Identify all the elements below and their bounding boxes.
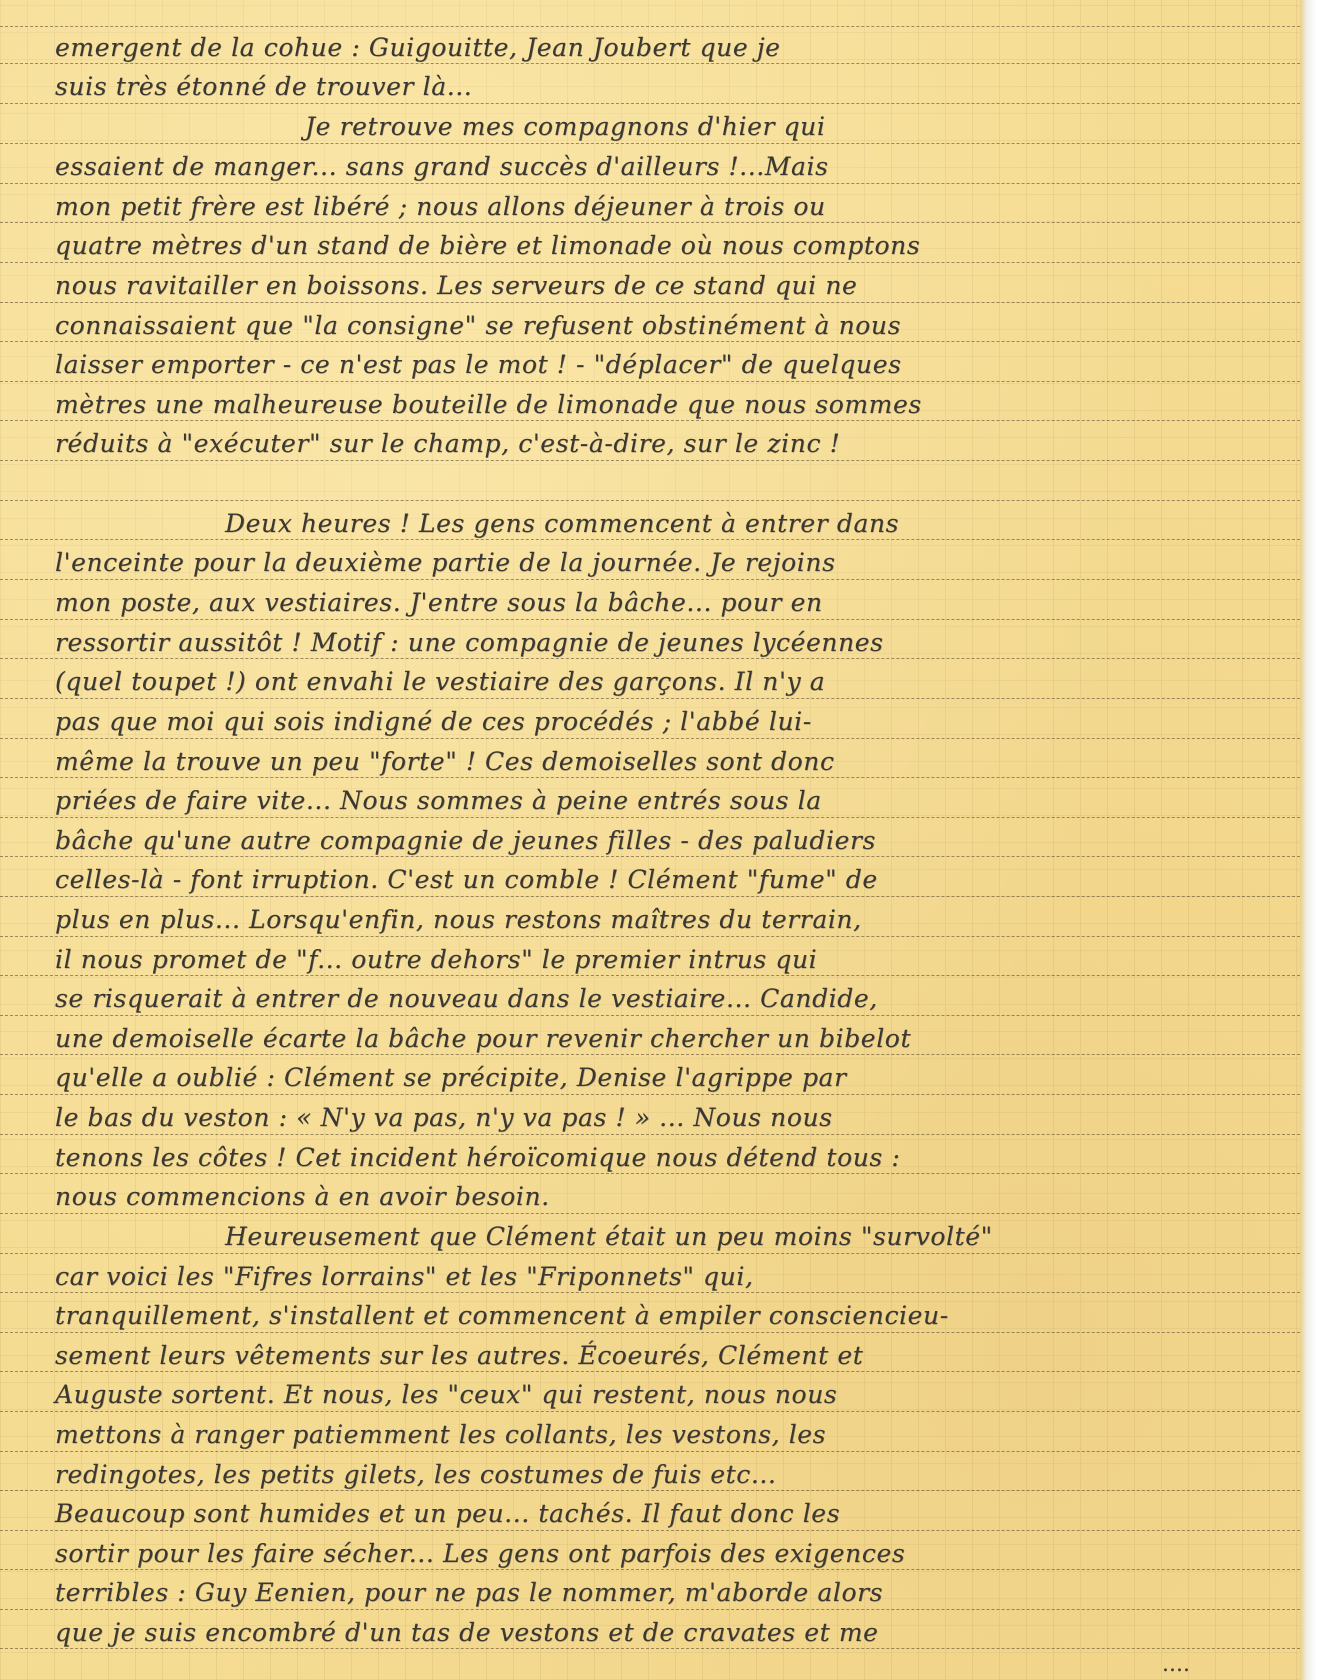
rule-line xyxy=(0,500,1300,501)
text-line: mon poste, aux vestiaires. J'entre sous … xyxy=(55,583,823,623)
text-line: suis très étonné de trouver là... xyxy=(55,67,472,107)
text-line: Beaucoup sont humides et un peu... taché… xyxy=(55,1494,840,1534)
paper-page: emergent de la cohue : Guigouitte, Jean … xyxy=(0,0,1300,1680)
text-line: mettons à ranger patiemment les collants… xyxy=(55,1415,826,1455)
text-line: ressortir aussitôt ! Motif : une compagn… xyxy=(55,623,884,663)
text-line: nous commencions à en avoir besoin. xyxy=(55,1177,550,1217)
text-line: terribles : Guy Eenien, pour ne pas le n… xyxy=(55,1573,883,1613)
text-line: une demoiselle écarte la bâche pour reve… xyxy=(55,1019,911,1059)
text-line: Auguste sortent. Et nous, les "ceux" qui… xyxy=(55,1375,837,1415)
text-line: (quel toupet !) ont envahi le vestiaire … xyxy=(55,662,825,702)
text-line: Deux heures ! Les gens commencent à entr… xyxy=(55,504,899,544)
continuation-mark: .... xyxy=(1162,1652,1190,1677)
text-line: car voici les "Fifres lorrains" et les "… xyxy=(55,1257,754,1297)
text-line: il nous promet de "f... outre dehors" le… xyxy=(55,940,817,980)
text-line: réduits à "exécuter" sur le champ, c'est… xyxy=(55,424,840,464)
text-line: quatre mètres d'un stand de bière et lim… xyxy=(55,226,920,266)
text-line: même la trouve un peu "forte" ! Ces demo… xyxy=(55,742,835,782)
text-line: plus en plus... Lorsqu'enfin, nous resto… xyxy=(55,900,862,940)
text-line: nous ravitailler en boissons. Les serveu… xyxy=(55,266,857,306)
text-line: bâche qu'une autre compagnie de jeunes f… xyxy=(55,821,876,861)
text-line: connaissaient que "la consigne" se refus… xyxy=(55,306,901,346)
paper-edge xyxy=(1300,0,1317,1680)
text-line: essaient de manger... sans grand succès … xyxy=(55,147,829,187)
text-line: l'enceinte pour la deuxième partie de la… xyxy=(55,543,836,583)
text-line: emergent de la cohue : Guigouitte, Jean … xyxy=(55,28,781,68)
text-line: tenons les côtes ! Cet incident héroïcom… xyxy=(55,1138,900,1178)
text-line: se risquerait à entrer de nouveau dans l… xyxy=(55,979,878,1019)
text-line: qu'elle a oublié : Clément se précipite,… xyxy=(55,1058,847,1098)
text-line: pas que moi qui sois indigné de ces proc… xyxy=(55,702,812,742)
rule-line xyxy=(0,26,1300,27)
text-line: mètres une malheureuse bouteille de limo… xyxy=(55,385,922,425)
text-line: sortir pour les faire sécher... Les gens… xyxy=(55,1534,905,1574)
text-line: mon petit frère est libéré ; nous allons… xyxy=(55,187,826,227)
text-line: le bas du veston : « N'y va pas, n'y va … xyxy=(55,1098,833,1138)
text-line: redingotes, les petits gilets, les costu… xyxy=(55,1455,776,1495)
text-line: Heureusement que Clément était un peu mo… xyxy=(55,1217,993,1257)
text-line: que je suis encombré d'un tas de vestons… xyxy=(55,1613,879,1653)
text-line: celles-là - font irruption. C'est un com… xyxy=(55,860,878,900)
text-line: priées de faire vite... Nous sommes à pe… xyxy=(55,781,822,821)
text-line: laisser emporter - ce n'est pas le mot !… xyxy=(55,345,902,385)
text-line: tranquillement, s'installent et commence… xyxy=(55,1296,949,1336)
text-line: Je retrouve mes compagnons d'hier qui xyxy=(55,107,825,147)
text-line: sement leurs vêtements sur les autres. É… xyxy=(55,1336,863,1376)
